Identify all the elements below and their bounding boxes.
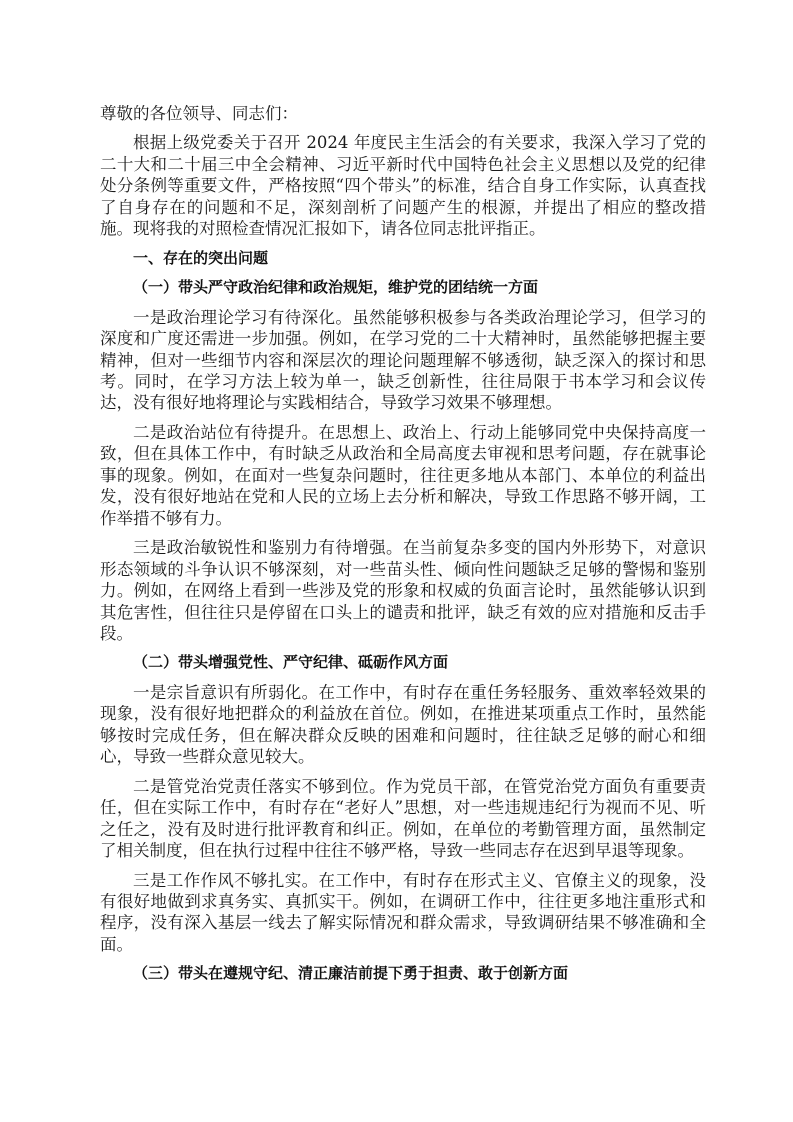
subsection-heading-2: （二）带头增强党性、严守纪律、砥砺作风方面 bbox=[100, 652, 706, 673]
body-paragraph-1-3: 三是政治敏锐性和鉴别力有待增强。在当前复杂多变的国内外形势下，对意识形态领域的斗… bbox=[100, 537, 706, 644]
salutation-line: 尊敬的各位领导、同志们： bbox=[100, 103, 706, 124]
body-paragraph-2-3: 三是工作作风不够扎实。在工作中，有时存在形式主义、官僚主义的现象，没有很好地做到… bbox=[100, 870, 706, 956]
body-paragraph-2-2: 二是管党治党责任落实不够到位。作为党员干部，在管党治党方面负有重要责任，但在实际… bbox=[100, 776, 706, 862]
intro-paragraph: 根据上级党委关于召开 2024 年度民主生活会的有关要求，我深入学习了党的二十大… bbox=[100, 132, 706, 239]
subsection-heading-3: （三）带头在遵规守纪、清正廉洁前提下勇于担责、敢于创新方面 bbox=[100, 963, 706, 984]
subsection-heading-1: （一）带头严守政治纪律和政治规矩，维护党的团结统一方面 bbox=[100, 277, 706, 298]
body-paragraph-1-1: 一是政治理论学习有待深化。虽然能够积极参与各类政治理论学习，但学习的深度和广度还… bbox=[100, 307, 706, 414]
document-page: 尊敬的各位领导、同志们： 根据上级党委关于召开 2024 年度民主生活会的有关要… bbox=[0, 0, 793, 1122]
section-heading-problems: 一、存在的突出问题 bbox=[100, 248, 706, 269]
body-paragraph-1-2: 二是政治站位有待提升。在思想上、政治上、行动上能够同党中央保持高度一致，但在具体… bbox=[100, 422, 706, 529]
body-paragraph-2-1: 一是宗旨意识有所弱化。在工作中，有时存在重任务轻服务、重效率轻效果的现象，没有很… bbox=[100, 682, 706, 768]
